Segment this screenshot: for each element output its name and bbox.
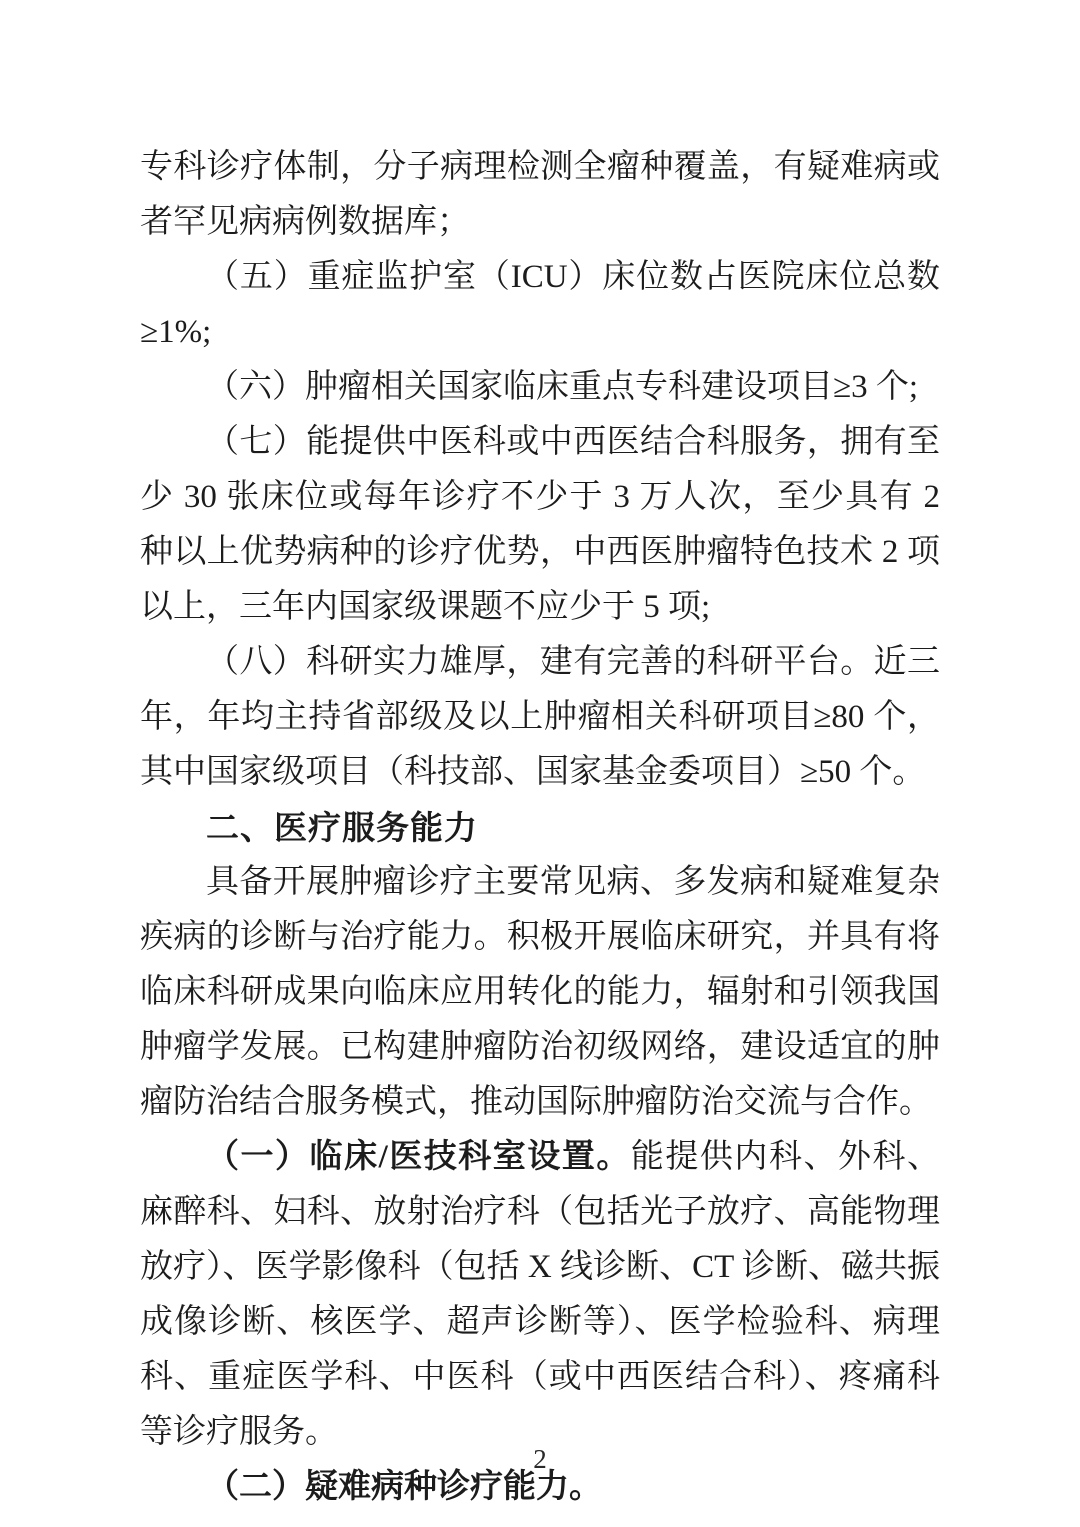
- list-item-criterion-7: （七）能提供中医科或中西医结合科服务，拥有至少 30 张床位或每年诊疗不少于 3…: [140, 415, 940, 635]
- paragraph-department-setup: （一）临床/医技科室设置。能提供内科、外科、麻醉科、妇科、放射治疗科（包括光子放…: [140, 1130, 940, 1460]
- list-item-criterion-6: （六）肿瘤相关国家临床重点专科建设项目≥3 个;: [140, 360, 940, 415]
- paragraph-department-setup-text: 能提供内科、外科、麻醉科、妇科、放射治疗科（包括光子放疗、高能物理放疗）、医学影…: [140, 1139, 940, 1450]
- document-body: 专科诊疗体制，分子病理检测全瘤种覆盖，有疑难病或者罕见病病例数据库； （五）重症…: [140, 140, 940, 1515]
- subheading-department-setup: （一）临床/医技科室设置。: [206, 1139, 631, 1175]
- list-item-criterion-8: （八）科研实力雄厚，建有完善的科研平台。近三年，年均主持省部级及以上肿瘤相关科研…: [140, 635, 940, 800]
- page-number: 2: [0, 1444, 1080, 1475]
- section-heading-medical-service-capability: 二、医疗服务能力: [140, 800, 940, 855]
- list-item-criterion-5: （五）重症监护室（ICU）床位数占医院床位总数≥1%;: [140, 250, 940, 360]
- document-page: 专科诊疗体制，分子病理检测全瘤种覆盖，有疑难病或者罕见病病例数据库； （五）重症…: [0, 0, 1080, 1527]
- paragraph-service-capability: 具备开展肿瘤诊疗主要常见病、多发病和疑难复杂疾病的诊断与治疗能力。积极开展临床研…: [140, 855, 940, 1130]
- paragraph-continuation: 专科诊疗体制，分子病理检测全瘤种覆盖，有疑难病或者罕见病病例数据库；: [140, 140, 940, 250]
